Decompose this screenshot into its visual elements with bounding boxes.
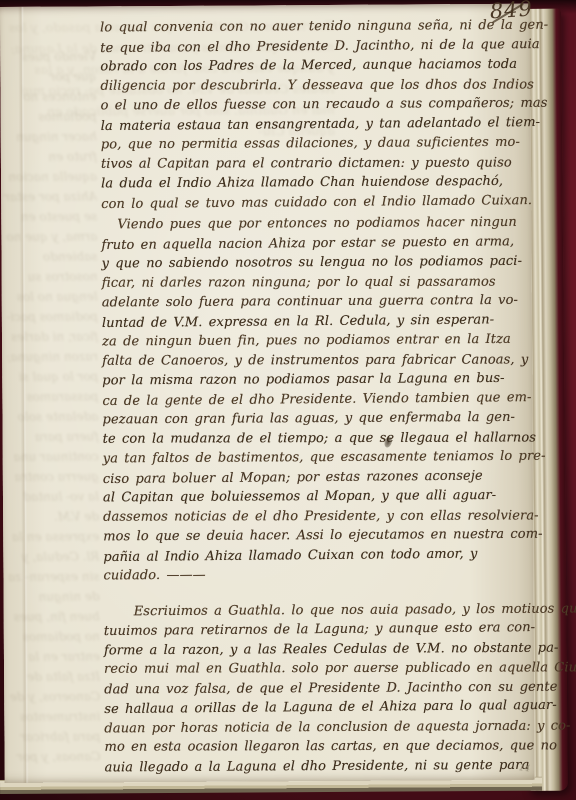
manuscript-line: diligencia por descubrirla. Y desseava q… bbox=[100, 75, 526, 96]
manuscript-line: falta de Canoeros, y de instrumentos par… bbox=[102, 350, 528, 371]
manuscript-line: te con la mudanza de el tiempo; a que se… bbox=[103, 428, 529, 449]
manuscript-paragraph: lo qual convenia con no auer tenido ning… bbox=[100, 16, 527, 214]
manuscript-line: tivos al Capitan para el contrario dicta… bbox=[101, 153, 527, 174]
manuscript-line: po, que no permitia essas dilaciones, y … bbox=[101, 133, 527, 155]
manuscript-line: mo en esta ocasion llegaron las cartas, … bbox=[104, 736, 530, 757]
manuscript-line: lo qual convenia con no auer tenido ning… bbox=[100, 16, 526, 38]
paper-crease bbox=[18, 7, 29, 783]
manuscript-line: fruto en aquella nacion Ahiza por estar … bbox=[101, 232, 527, 255]
manuscript-text: lo qual convenia con no auer tenido ning… bbox=[100, 12, 531, 778]
manuscript-line: dassemos noticias de el dho Presidente, … bbox=[103, 506, 529, 527]
manuscript-line: recio mui mal en Guathla. solo por auers… bbox=[104, 658, 530, 679]
manuscript-line: al Capitan que boluiessemos al Mopan, y … bbox=[103, 486, 529, 508]
manuscript-line: tuuimos para retirarnos de la Laguna; y … bbox=[104, 618, 530, 641]
pencil-mark: 14 bbox=[518, 763, 531, 774]
book-photo: Viendo pues que por entonces no podiamos… bbox=[0, 0, 576, 800]
manuscript-line: te que iba con el dho Presidente D. Jaci… bbox=[100, 35, 526, 58]
manuscript-line: pañia al Indio Ahiza llamado Cuixan con … bbox=[103, 544, 529, 567]
manuscript-line: se hallaua a orillas de la Laguna de el … bbox=[104, 696, 530, 719]
manuscript-line: luntad de V.M. expressa en la Rl. Cedula… bbox=[102, 310, 528, 333]
manuscript-line: za de ningun buen fin, pues no podiamos … bbox=[102, 330, 528, 352]
manuscript-line: la duda el Indio Ahiza llamado Chan huie… bbox=[101, 172, 527, 194]
manuscript-line: forme a la razon, y a las Reales Cedulas… bbox=[104, 638, 530, 660]
manuscript-line: la materia estaua tan ensangrentada, y t… bbox=[101, 113, 527, 136]
manuscript-line: con lo qual se tuvo mas cuidado con el I… bbox=[101, 191, 527, 214]
manuscript-line: mos lo que se deuia hacer. Assi lo ejecu… bbox=[103, 525, 529, 547]
manuscript-page: Viendo pues que por entonces no podiamos… bbox=[0, 4, 535, 783]
manuscript-line: por la misma razon no podiamos pasar la … bbox=[102, 369, 528, 391]
manuscript-line: ya tan faltos de bastimentos, que escasa… bbox=[103, 447, 529, 469]
manuscript-line: o el uno de ellos fuesse con un recaudo … bbox=[101, 94, 527, 116]
manuscript-paragraph: Escriuimos a Guathla. lo que nos auia pa… bbox=[104, 599, 531, 777]
manuscript-line: y que no sabiendo nosotros su lengua no … bbox=[102, 252, 528, 274]
manuscript-line: auia llegado a la Laguna el dho Presiden… bbox=[105, 755, 531, 777]
manuscript-line: obrado con los Padres de la Merced, aunq… bbox=[100, 55, 526, 77]
manuscript-line: adelante solo fuera para continuar una g… bbox=[102, 291, 528, 313]
manuscript-paragraph: Viendo pues que por entonces no podiamos… bbox=[101, 213, 529, 586]
manuscript-line: dauan por horas noticia de la conclusion… bbox=[104, 716, 530, 738]
manuscript-line: ca de la gente de el dho Presidente. Vie… bbox=[102, 388, 528, 411]
manuscript-line: Viendo pues que por entonces no podiamos… bbox=[101, 213, 527, 235]
manuscript-line: ciso para boluer al Mopan; por estas raz… bbox=[103, 466, 529, 489]
manuscript-line: ficar, ni darles razon ninguna; por lo q… bbox=[102, 272, 528, 293]
manuscript-line: cuidado. ——— bbox=[103, 564, 529, 586]
ink-bleedthrough-left: Viendo pues que por entonces no podiamos… bbox=[2, 46, 100, 767]
manuscript-line: pezauan con gran furia las aguas, y que … bbox=[102, 408, 528, 430]
